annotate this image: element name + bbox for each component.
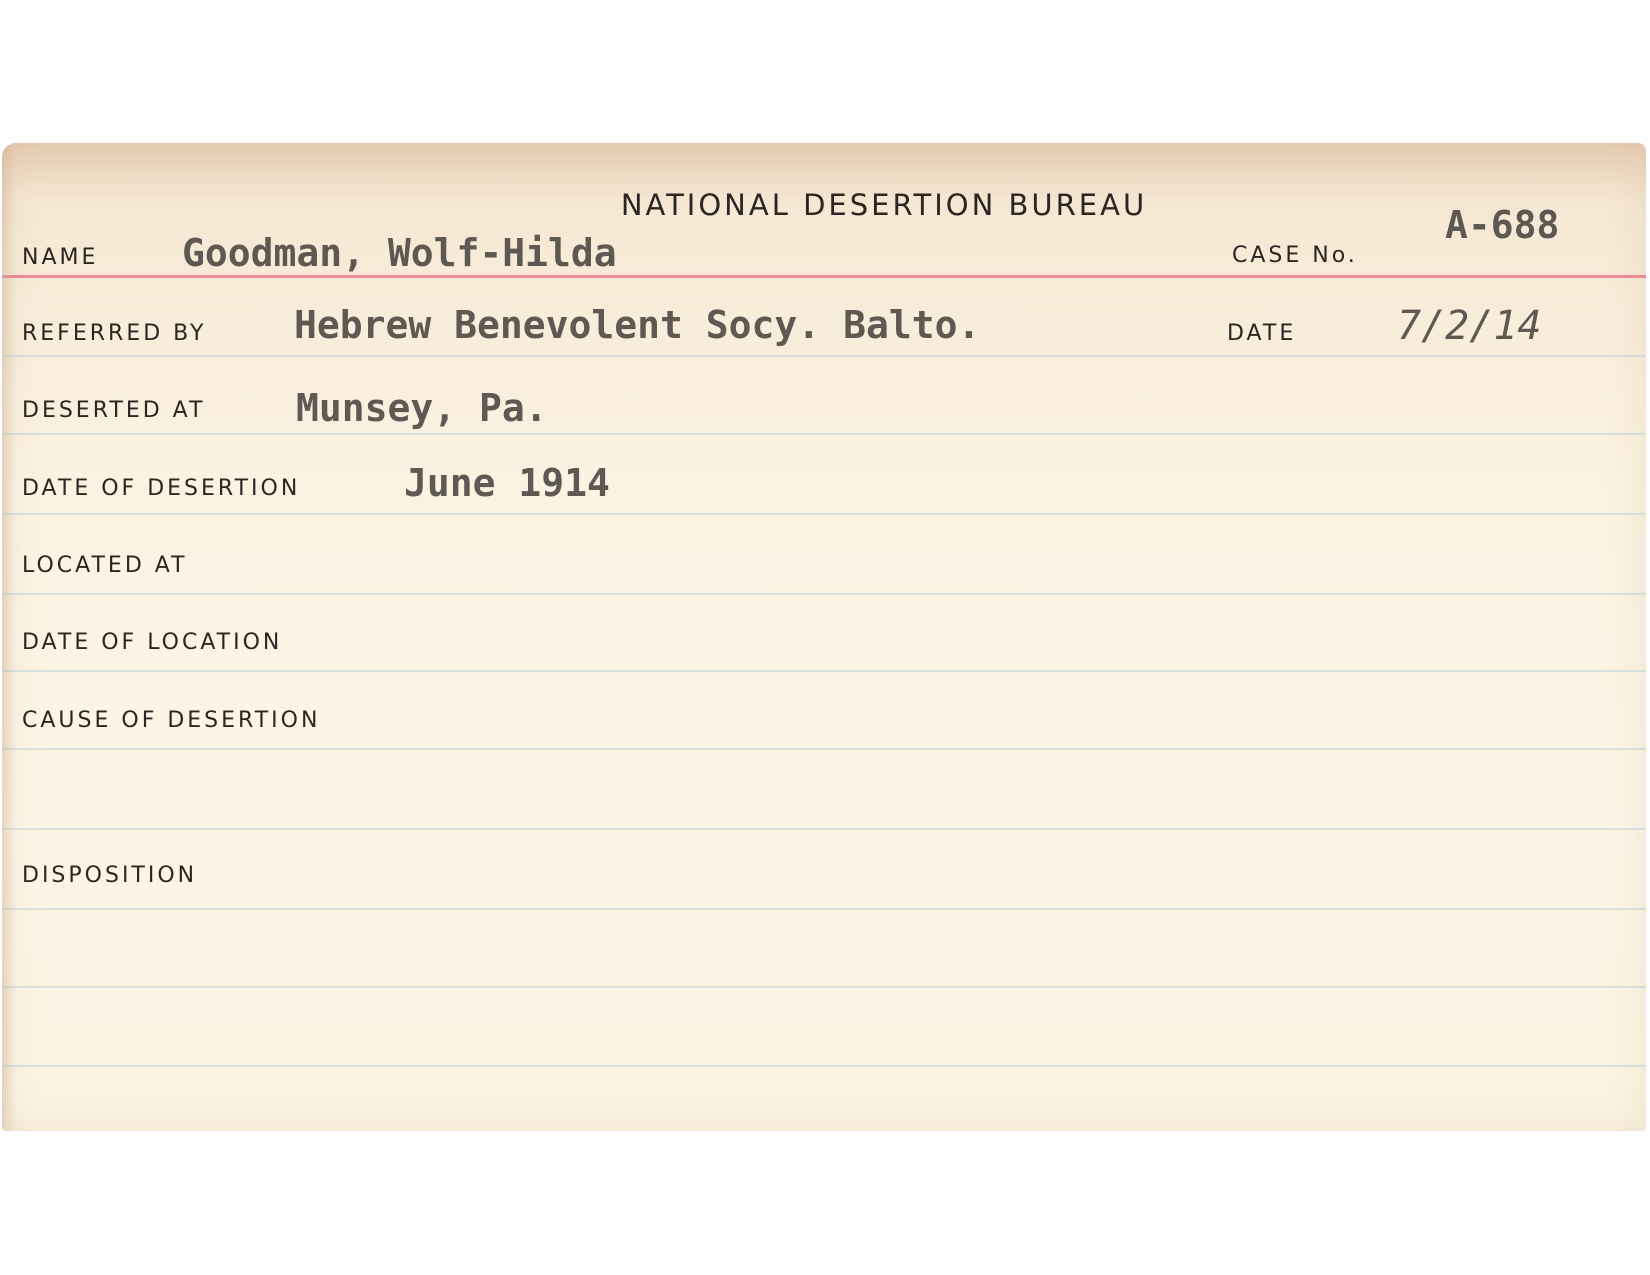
case-no-label: CASE No. [1232, 243, 1358, 268]
ruled-line [2, 355, 1646, 357]
located-at-label: LOCATED AT [22, 553, 188, 578]
ruled-line [2, 908, 1646, 910]
index-card: NATIONAL DESERTION BUREAU NAME Goodman, … [2, 143, 1646, 1131]
ruled-line [2, 748, 1646, 750]
ruled-line [2, 593, 1646, 595]
date-of-desertion-value: June 1914 [404, 461, 610, 505]
ruled-line [2, 986, 1646, 988]
date-of-desertion-label: DATE OF DESERTION [22, 476, 300, 501]
ruled-line [2, 433, 1646, 435]
page: NATIONAL DESERTION BUREAU NAME Goodman, … [0, 0, 1650, 1275]
cause-of-desertion-label: CAUSE OF DESERTION [22, 708, 320, 733]
header-rule [2, 275, 1646, 278]
referred-by-label: REFERRED BY [22, 321, 206, 346]
disposition-label: DISPOSITION [22, 863, 197, 888]
date-value: 7/2/14 [1397, 303, 1542, 349]
ruled-line [2, 828, 1646, 830]
case-no-value: A-688 [1445, 203, 1559, 247]
deserted-at-label: DESERTED AT [22, 398, 205, 423]
name-label: NAME [22, 245, 98, 270]
ruled-line [2, 670, 1646, 672]
ruled-line [2, 1065, 1646, 1067]
name-value: Goodman, Wolf-Hilda [182, 231, 617, 275]
card-title: NATIONAL DESERTION BUREAU [2, 188, 1646, 222]
date-label: DATE [1227, 321, 1296, 346]
ruled-line [2, 513, 1646, 515]
deserted-at-value: Munsey, Pa. [296, 386, 548, 430]
date-of-location-label: DATE OF LOCATION [22, 630, 282, 655]
referred-by-value: Hebrew Benevolent Socy. Balto. [294, 303, 980, 347]
